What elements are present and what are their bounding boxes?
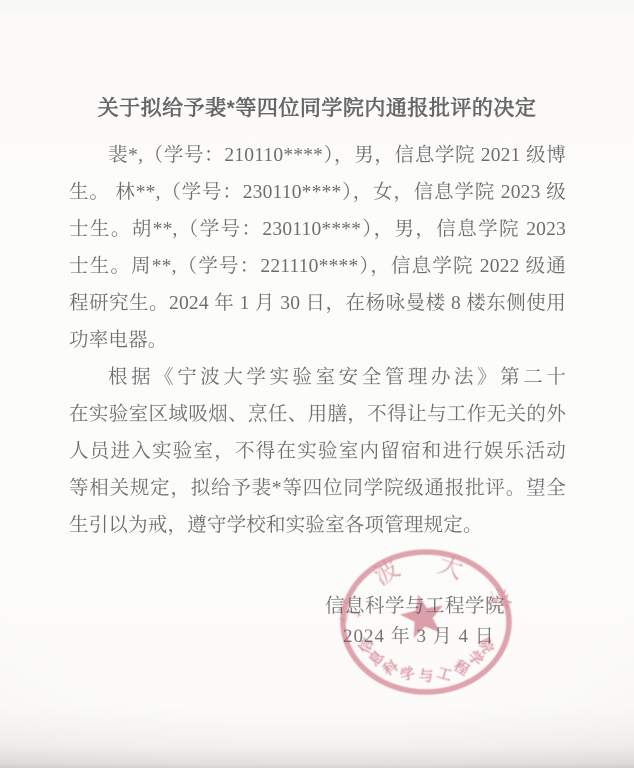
- body-line: 程研究生。2024 年 1 月 30 日，在杨咏曼楼 8 楼东侧使用大: [69, 285, 566, 322]
- body-line: 裴*,（学号：210110****），男，信息学院 2021 级博士: [69, 137, 566, 174]
- body-line: 生。 林**,（学号：230110****），女，信息学院 2023 级博: [69, 174, 566, 211]
- seal-university-char: 大: [434, 550, 467, 585]
- document-body: 裴*,（学号：210110****），男，信息学院 2021 级博士 生。 林*…: [69, 137, 566, 544]
- signature-date: 2024 年 3 月 4 日: [343, 621, 495, 648]
- seal-department-char: 学: [464, 647, 487, 670]
- body-line: 士生。周**,（学号：221110****），信息学院 2022 级通信工: [69, 248, 566, 285]
- body-line: 功率电器。: [69, 322, 566, 359]
- seal-department-char: 学: [398, 663, 417, 684]
- body-line: 生引以为戒，遵守学校和实验室各项管理规定。: [69, 507, 566, 544]
- signature-department: 信息科学与工程学院: [325, 590, 505, 618]
- body-line: 士生。胡**,（学号：230110****），男，信息学院 2023 级博: [69, 211, 566, 248]
- seal-department-char: 科: [380, 656, 402, 679]
- seal-department-char: 与: [419, 667, 434, 685]
- scanned-page: 关于拟给予裴*等四位同学院内通报批评的决定 裴*,（学号：210110****）…: [0, 0, 634, 768]
- seal-university-char: 波: [369, 554, 405, 591]
- body-line: 等相关规定，拟给予裴*等四位同学院级通报批评。望全院学: [69, 470, 566, 507]
- document-title: 关于拟给予裴*等四位同学院内通报批评的决定: [0, 92, 634, 122]
- body-line: 人员进入实验室，不得在实验室内留宿和进行娱乐活动等。”: [69, 433, 566, 470]
- body-line: 在实验室区域吸烟、烹任、用膳，不得让与工作无关的外来: [69, 396, 566, 433]
- seal-department-char: 息: [365, 646, 388, 669]
- body-line: 根据《宁波大学实验室安全管理办法》第二十条：“严禁: [69, 359, 566, 396]
- seal-department-char: 程: [451, 656, 473, 679]
- seal-department-char: 工: [435, 665, 454, 685]
